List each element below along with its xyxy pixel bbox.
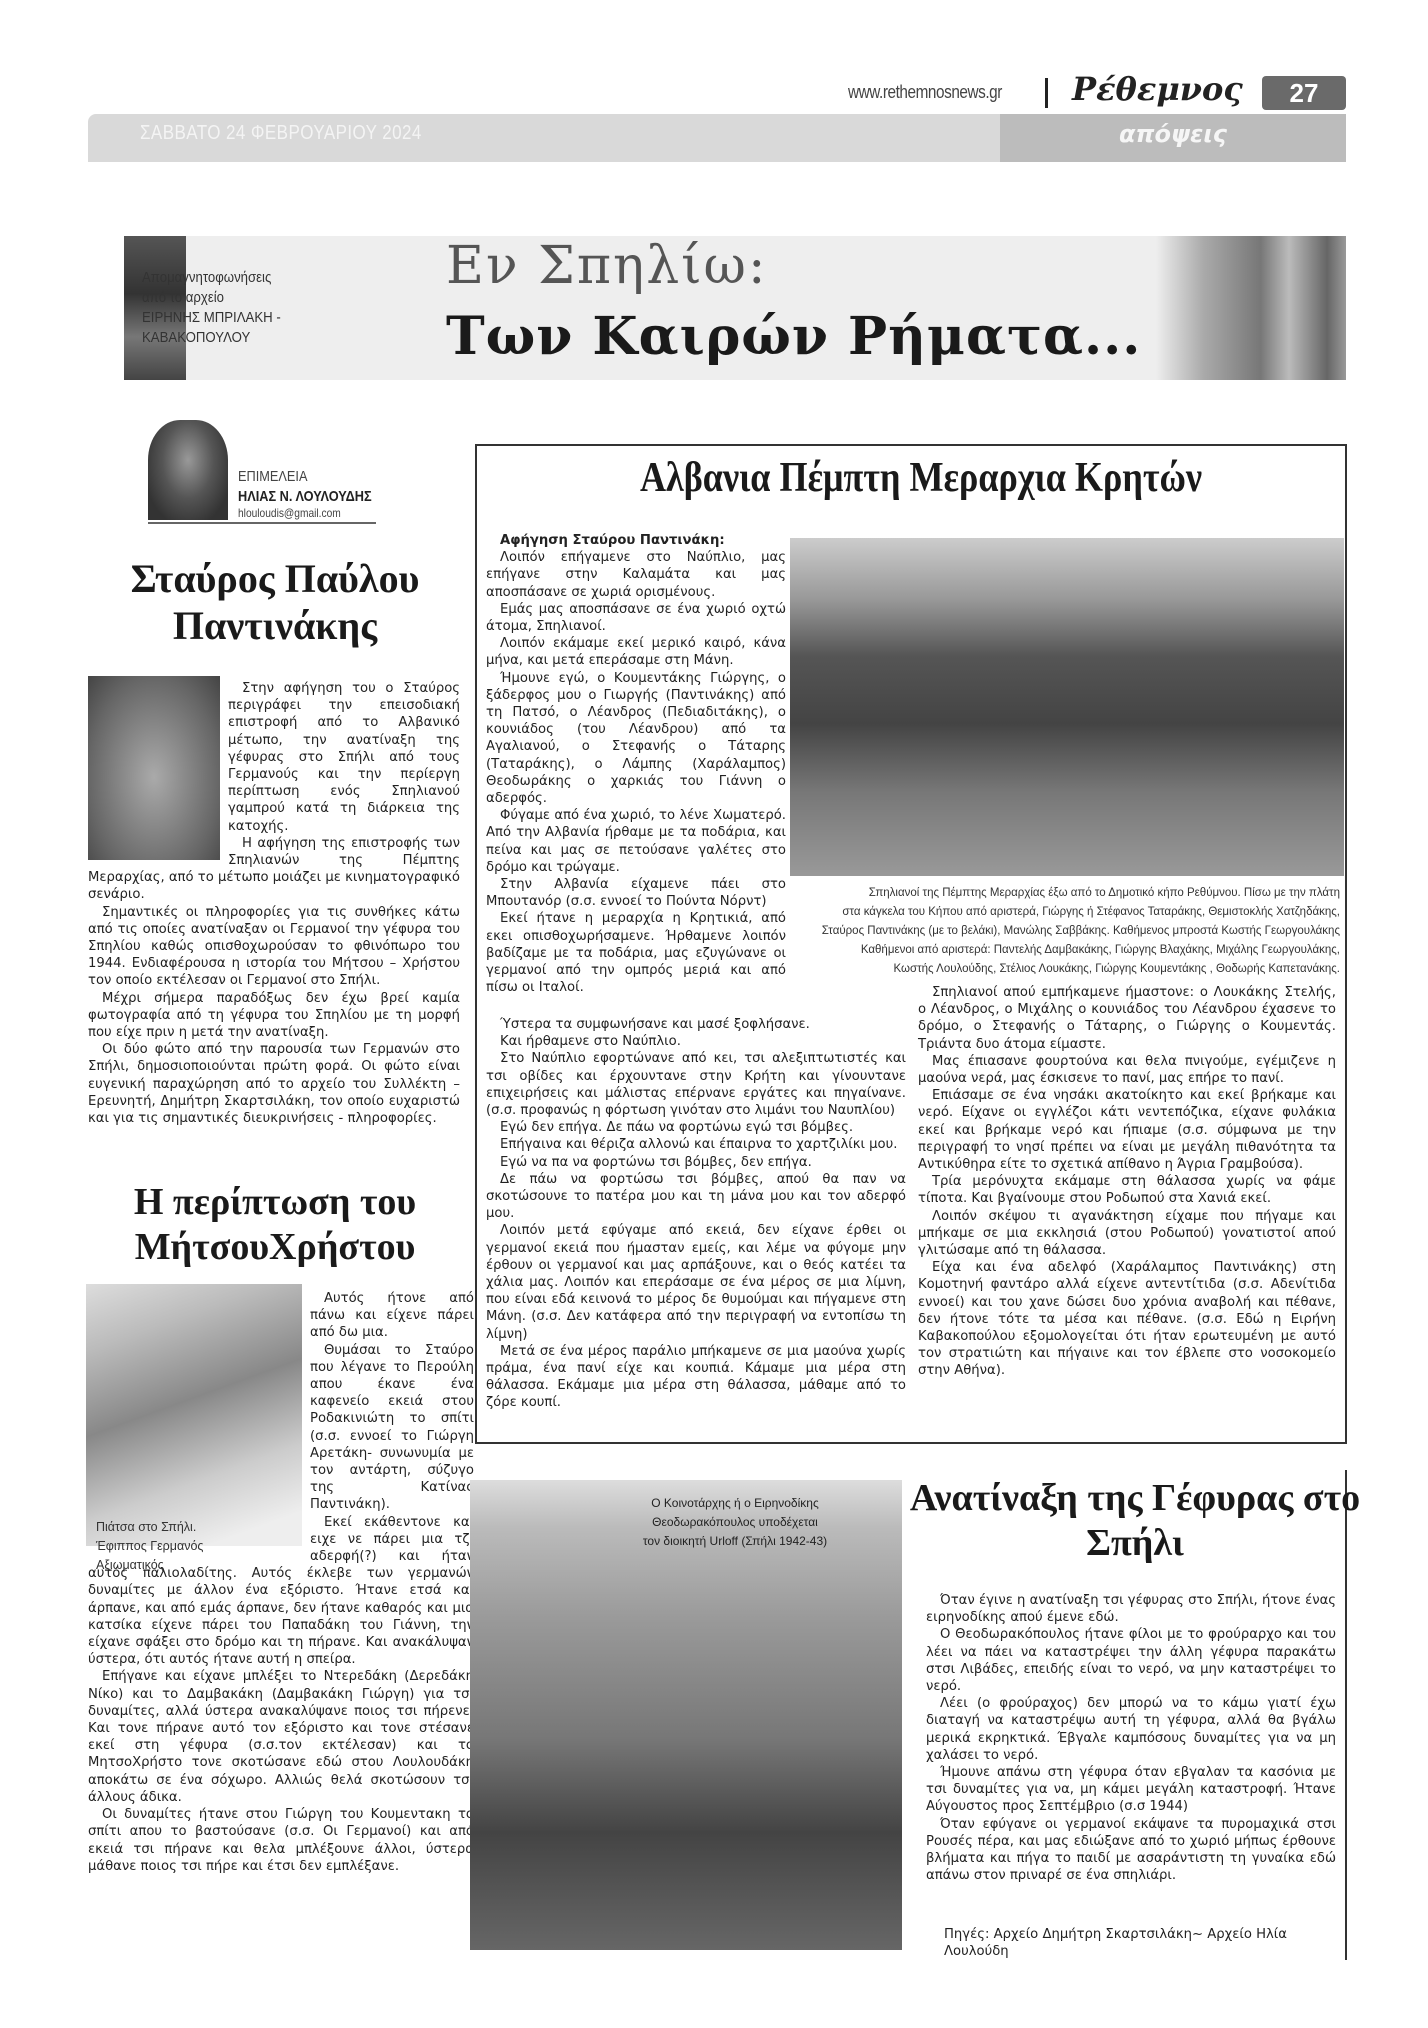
mitsos-body: Αυτός ήτονε από πάνω και είχενε πάρει απ… (88, 1290, 474, 1875)
albania-body-col3: Σπηλιανοί απού εμπήκαμενε ήμαστονε: ο Λο… (918, 984, 1336, 1380)
editor-email[interactable]: hlouloudis@gmail.com (238, 506, 341, 520)
group-photo-caption: Σπηλιανοί της Πέμπτης Μεραρχίας έξω από … (790, 884, 1340, 979)
divider (148, 522, 376, 524)
site-url[interactable]: www.rethemnosnews.gr (848, 82, 1002, 103)
banner-decorative-photo (1156, 236, 1346, 380)
intro-headline: Σταύρος Παύλου Παντινάκης (90, 555, 460, 649)
page-number-badge: 27 (1262, 76, 1346, 110)
bridge-headline: Ανατίναξη της Γέφυρας στο Σπήλι (900, 1476, 1370, 1566)
editor-avatar (148, 420, 228, 520)
header-divider (1045, 78, 1048, 108)
albania-body-col2: Ύστερα τα συμφωνήσανε και μασέ ξοφλήσανε… (486, 1016, 906, 1412)
sources-line: Πηγές: Αρχείο Δημήτρη Σκαρτσιλάκη~ Αρχεί… (944, 1926, 1344, 1960)
mitsos-headline: Η περίπτωση του ΜήτσουΧρήστου (80, 1180, 470, 1270)
intro-body: Στην αφήγηση του ο Σταύρος περιγράφει τη… (88, 680, 460, 1127)
newspaper-brand: Ρέθεμνος (1072, 70, 1243, 108)
albania-headline: Αλβανια Πέμπτη Μεραρχια Κρητών (538, 454, 1303, 504)
banner-subtitle: Απομαγνητοφωνήσεις από το αρχείο ΕΙΡΗΝΗΣ… (142, 268, 281, 348)
editor-name: ΗΛΙΑΣ Ν. ΛΟΥΛΟΥΔΗΣ (238, 488, 372, 505)
issue-date: ΣΑΒΒΑΤΟ 24 ΦΕΒΡΟΥΑΡΙΟΥ 2024 (140, 122, 422, 145)
albania-body-col1: Αφήγηση Σταύρου Παντινάκη: Λοιπόν επήγαμ… (486, 532, 786, 996)
fifth-division-group-photo (790, 538, 1344, 876)
banner-title-line2: Των Καιρών Ρήματα... (446, 306, 1141, 367)
section-label: απόψεις (1000, 120, 1346, 148)
editor-label: ΕΠΙΜΕΛΕΙΑ (238, 468, 307, 485)
bridge-body: Όταν έγινε η ανατίναξη τσι γέφυρας στο Σ… (926, 1592, 1336, 1884)
banner-title-line1: Εν Σπηλίω: (446, 236, 767, 296)
urloff-photo-caption: Ο Κοινοτάρχης ή ο Ειρηνοδίκης Θεοδωρακόπ… (590, 1494, 880, 1551)
